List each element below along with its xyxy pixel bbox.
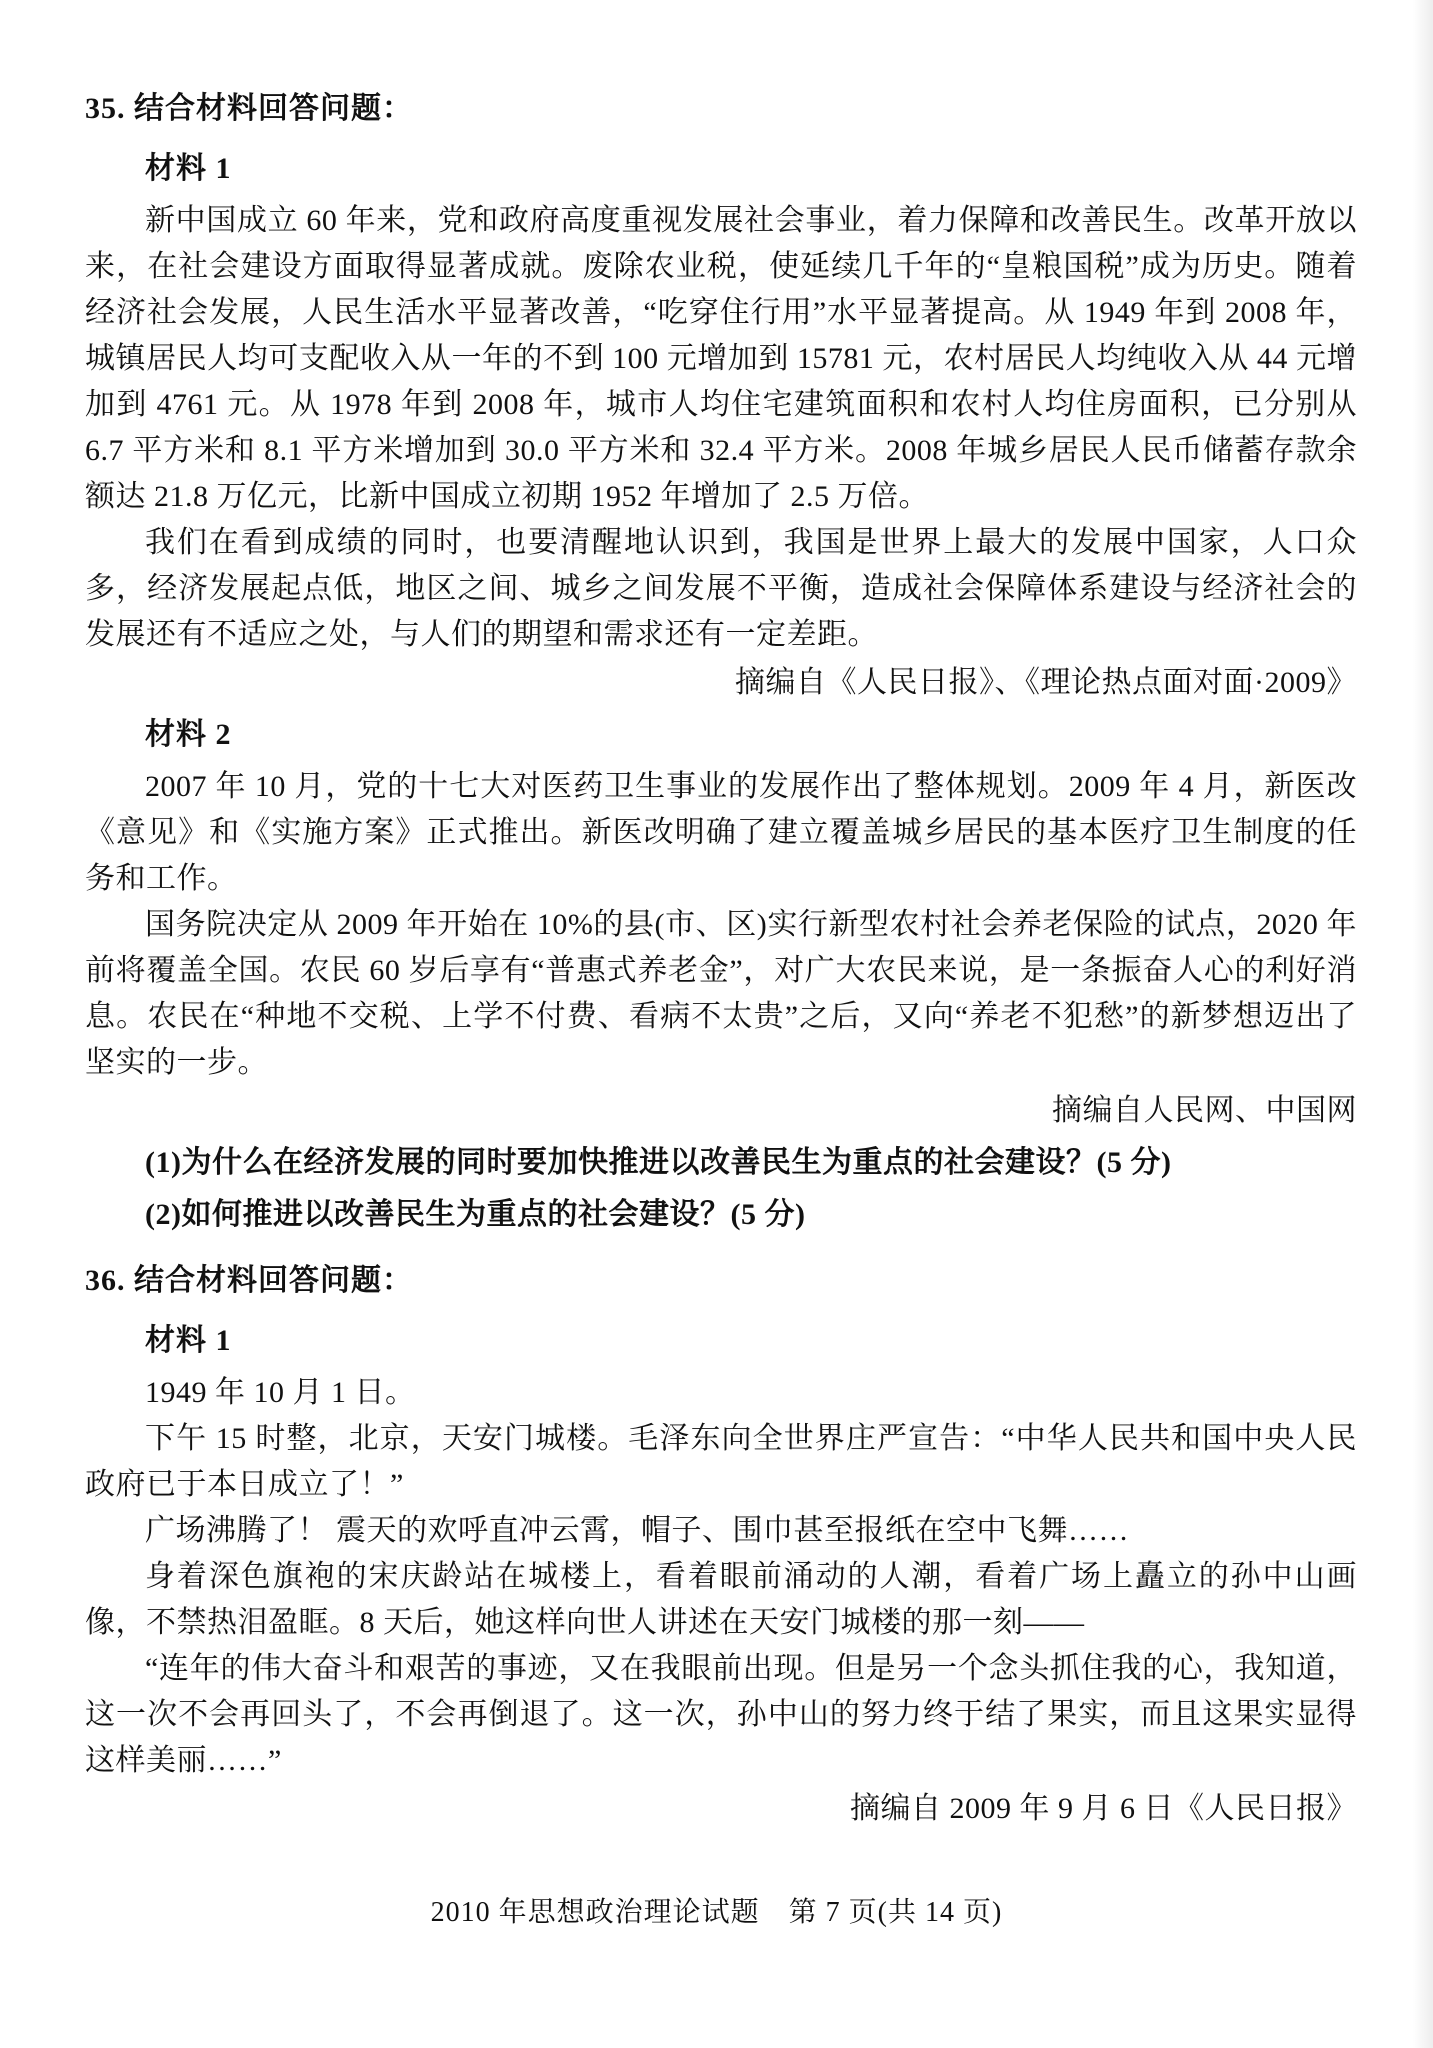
- q35-sub-question-1: (1)为什么在经济发展的同时要加快推进以改善民生为重点的社会建设？(5 分): [85, 1138, 1357, 1188]
- question-36-heading: 36. 结合材料回答问题：: [85, 1258, 1357, 1304]
- q35-material-1-paragraph-1: 新中国成立 60 年来，党和政府高度重视发展社会事业，着力保障和改善民生。改革开…: [85, 198, 1357, 520]
- q35-material-2-paragraph-1: 2007 年 10 月，党的十七大对医药卫生事业的发展作出了整体规划。2009 …: [85, 764, 1357, 902]
- exam-page: 35. 结合材料回答问题： 材料 1 新中国成立 60 年来，党和政府高度重视发…: [0, 0, 1433, 2048]
- q35-material-2-source: 摘编自人民网、中国网: [85, 1088, 1357, 1134]
- question-35-heading: 35. 结合材料回答问题：: [85, 86, 1357, 132]
- q36-paragraph-1: 1949 年 10 月 1 日。: [85, 1370, 1357, 1416]
- q36-paragraph-2: 下午 15 时整，北京，天安门城楼。毛泽东向全世界庄严宣告：“中华人民共和国中央…: [85, 1416, 1357, 1508]
- question-35: 35. 结合材料回答问题： 材料 1 新中国成立 60 年来，党和政府高度重视发…: [85, 86, 1357, 1240]
- q36-source: 摘编自 2009 年 9 月 6 日《人民日报》: [85, 1786, 1357, 1832]
- q36-paragraph-5: “连年的伟大奋斗和艰苦的事迹，又在我眼前出现。但是另一个念头抓住我的心，我知道，…: [85, 1646, 1357, 1784]
- q35-material-2-label: 材料 2: [85, 712, 1357, 758]
- q35-sub-question-2: (2)如何推进以改善民生为重点的社会建设？(5 分): [85, 1190, 1357, 1240]
- q35-material-1-source: 摘编自《人民日报》、《理论热点面对面·2009》: [85, 660, 1357, 706]
- page-content: 35. 结合材料回答问题： 材料 1 新中国成立 60 年来，党和政府高度重视发…: [0, 0, 1433, 1832]
- q35-material-2-paragraph-2: 国务院决定从 2009 年开始在 10%的县(市、区)实行新型农村社会养老保险的…: [85, 902, 1357, 1086]
- question-36: 36. 结合材料回答问题： 材料 1 1949 年 10 月 1 日。 下午 1…: [85, 1258, 1357, 1832]
- q35-material-1-paragraph-2: 我们在看到成绩的同时，也要清醒地认识到，我国是世界上最大的发展中国家，人口众多，…: [85, 520, 1357, 658]
- q35-material-1-label: 材料 1: [85, 146, 1357, 192]
- page-footer: 2010 年思想政治理论试题 第 7 页(共 14 页): [0, 1890, 1433, 1930]
- q36-material-1-label: 材料 1: [85, 1318, 1357, 1364]
- q36-paragraph-3: 广场沸腾了！ 震天的欢呼直冲云霄，帽子、围巾甚至报纸在空中飞舞……: [85, 1508, 1357, 1554]
- q36-paragraph-4: 身着深色旗袍的宋庆龄站在城楼上，看着眼前涌动的人潮，看着广场上矗立的孙中山画像，…: [85, 1554, 1357, 1646]
